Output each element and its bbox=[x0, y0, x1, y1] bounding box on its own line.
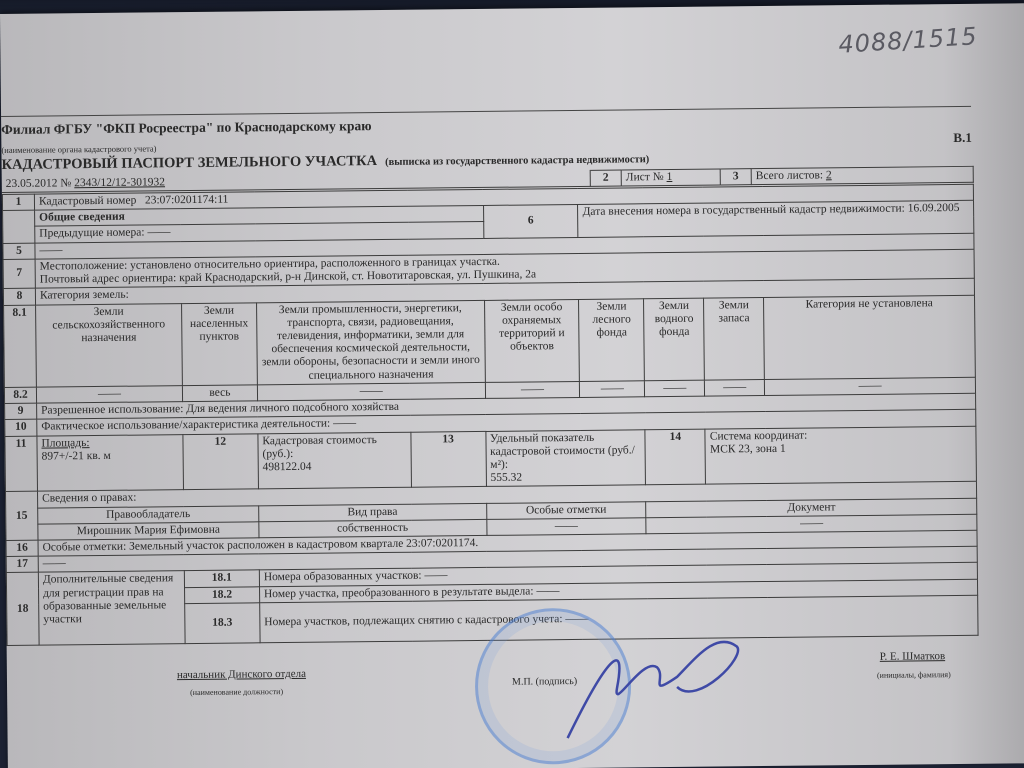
form-code: В.1 bbox=[953, 130, 972, 146]
cadastral-number-value: 23:07:0201174:11 bbox=[145, 194, 229, 207]
row-8-1: 8.1 Земли сельскохозяйственного назначен… bbox=[4, 295, 976, 387]
category-value: —— bbox=[485, 381, 580, 398]
coordinate-system-value: МСК 23, зона 1 bbox=[710, 441, 972, 457]
row-num: 11 bbox=[5, 436, 38, 492]
category-industry: Земли промышленности, энергетики, трансп… bbox=[256, 300, 485, 385]
row-11-14: 11 Площадь: 897+/-21 кв. м 12 Кадастрова… bbox=[5, 426, 977, 492]
transformed-parcel-value: —— bbox=[536, 585, 559, 597]
row-num: 9 bbox=[5, 403, 37, 420]
row-num: 10 bbox=[5, 419, 37, 436]
sheet-label: Лист № bbox=[626, 171, 664, 183]
cadastral-value: 498122.04 bbox=[263, 460, 407, 475]
category-not-set: Категория не установлена bbox=[764, 295, 976, 380]
formed-parcels-value: —— bbox=[424, 570, 447, 582]
permitted-use-value: Для ведения личного подсобного хозяйства bbox=[186, 401, 399, 415]
sheet-num-cell: 2 bbox=[590, 170, 621, 187]
row-num: 8.2 bbox=[4, 387, 36, 404]
area-value: 897+/-21 кв. м bbox=[42, 449, 179, 464]
previous-numbers-value: —— bbox=[147, 227, 170, 239]
category-settlements: Земли населенных пунктов bbox=[181, 302, 257, 385]
row-num: 1 bbox=[2, 194, 34, 211]
row-num: 12 bbox=[183, 433, 259, 490]
rights-notes: —— bbox=[486, 518, 646, 536]
row-num: 17 bbox=[6, 556, 38, 573]
document-title-sub: (выписка из государственного кадастра не… bbox=[385, 154, 649, 168]
permitted-use-label: Разрешенное использование: bbox=[41, 403, 183, 416]
category-forest: Земли лесного фонда bbox=[579, 298, 645, 381]
row-num: 8.1 bbox=[4, 305, 37, 388]
main-table: 1 Кадастровый номер 23:07:0201174:11 Общ… bbox=[2, 184, 979, 646]
unit-value-cell: Удельный показатель кадастровой стоимост… bbox=[485, 429, 645, 487]
row-num: 15 bbox=[6, 492, 38, 541]
area-cell: Площадь: 897+/-21 кв. м bbox=[37, 434, 184, 491]
stamp-caption: М.П. (подпись) bbox=[512, 676, 577, 688]
category-agricultural: Земли сельскохозяйственного назначения bbox=[36, 303, 183, 387]
cadastral-passport-page: 4088/1515 Филиал ФГБУ "ФКП Росреестра" п… bbox=[0, 3, 1024, 768]
row-num: 6 bbox=[483, 205, 578, 238]
actual-use-label: Фактическое использование/характеристика… bbox=[41, 418, 330, 433]
row-num: 7 bbox=[3, 259, 35, 289]
unit-value: 555.32 bbox=[490, 470, 641, 485]
category-protected: Земли особо охраняемых территорий и объе… bbox=[484, 299, 580, 382]
signatory-position-caption: (наименование должности) bbox=[190, 687, 283, 697]
row-num: 18.3 bbox=[185, 603, 260, 644]
sheet-value: 1 bbox=[666, 171, 672, 183]
category-value: —— bbox=[36, 385, 182, 403]
category-value: —— bbox=[705, 379, 765, 396]
signatory-name: Р. Е. Шматков bbox=[880, 650, 945, 663]
row-num: 14 bbox=[645, 429, 706, 485]
handwritten-note: 4088/1515 bbox=[838, 22, 979, 59]
registration-date-cell: Дата внесения номера в государственный к… bbox=[578, 201, 974, 238]
row-num: 8 bbox=[3, 288, 35, 305]
row-num: 18.2 bbox=[184, 587, 259, 604]
additional-info-label: Дополнительные сведения для регистрации … bbox=[38, 571, 185, 645]
rights-header-notes: Особые отметки bbox=[486, 501, 646, 519]
category-water: Земли водного фонда bbox=[644, 298, 705, 381]
signatory-position: начальник Динского отдела bbox=[177, 668, 306, 681]
cadastral-number-label: Кадастровый номер bbox=[39, 195, 136, 208]
category-reserve: Земли запаса bbox=[704, 297, 765, 380]
signature bbox=[546, 616, 767, 748]
header-rule bbox=[1, 106, 971, 117]
row-num: 5 bbox=[3, 243, 35, 260]
empty-cell bbox=[3, 210, 35, 243]
total-sheets-label: Всего листов: bbox=[756, 169, 823, 182]
total-sheets-num-cell: 3 bbox=[720, 169, 751, 186]
organization-name: Филиал ФГБУ "ФКП Росреестра" по Краснода… bbox=[1, 118, 372, 138]
row-num: 16 bbox=[6, 540, 38, 557]
date-number-prefix: 23.05.2012 № bbox=[6, 177, 72, 190]
row-num: 13 bbox=[411, 431, 486, 488]
actual-use-value: —— bbox=[333, 418, 356, 430]
organization-caption: (наименование органа кадастрового учета) bbox=[1, 143, 156, 155]
category-value: весь bbox=[182, 385, 257, 402]
row-num: 18.1 bbox=[184, 570, 259, 587]
sheet-cell: Лист № 1 bbox=[621, 169, 720, 186]
cadastral-value-cell: Кадастровая стоимость (руб.): 498122.04 bbox=[258, 432, 411, 489]
unit-value-label: Удельный показатель кадастровой стоимост… bbox=[490, 431, 641, 472]
previous-numbers-label: Предыдущие номера: bbox=[39, 227, 144, 240]
category-value: —— bbox=[580, 381, 645, 398]
formed-parcels-label: Номера образованных участков: bbox=[264, 570, 422, 584]
cadastral-value-label: Кадастровая стоимость (руб.): bbox=[262, 433, 406, 461]
signatory-name-caption: (инициалы, фамилия) bbox=[877, 670, 951, 680]
category-value: —— bbox=[645, 380, 705, 397]
document-title-main: КАДАСТРОВЫЙ ПАСПОРТ ЗЕМЕЛЬНОГО УЧАСТКА bbox=[1, 153, 377, 173]
doc-number: 2343/12/12-301932 bbox=[74, 176, 165, 189]
coordinate-system-cell: Система координат: МСК 23, зона 1 bbox=[705, 426, 976, 485]
total-sheets-cell: Всего листов: 2 bbox=[751, 166, 973, 185]
transformed-parcel-label: Номер участка, преобразованного в резуль… bbox=[264, 585, 534, 600]
total-sheets-value: 2 bbox=[826, 169, 832, 181]
row-num: 18 bbox=[6, 573, 39, 646]
